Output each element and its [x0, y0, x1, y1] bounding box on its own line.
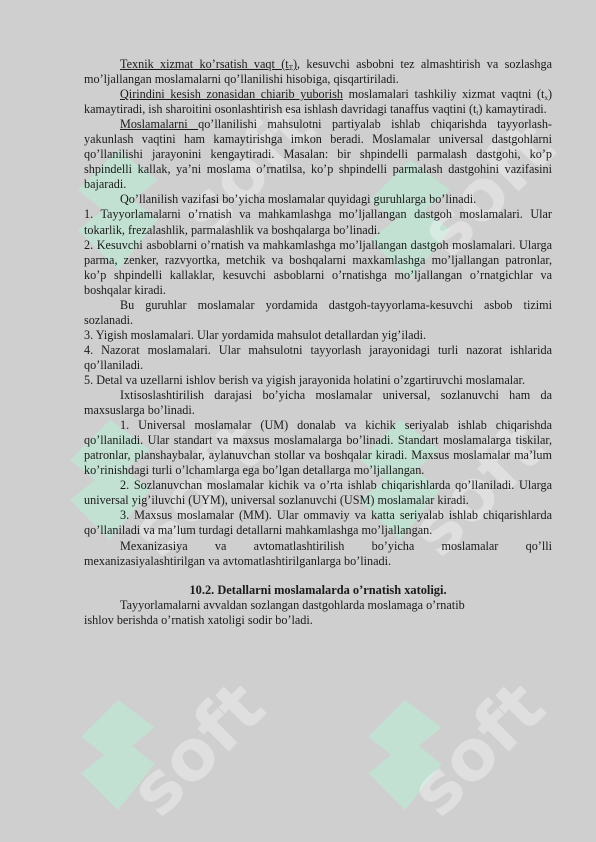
list-item-3: 3. Yigish moslamalari. Ular yordamida ma… — [84, 328, 552, 343]
watermark-logo-bottom-right — [365, 700, 445, 810]
list-item-4: 4. Nazorat moslamalari. Ular mahsulotni … — [84, 343, 552, 373]
list-item-1: 1. Tayyorlamalarni o’rnatish va mahkamla… — [84, 207, 552, 237]
svg-text:soft: soft — [120, 665, 281, 832]
paragraph-installation-error-line2: ishlov berishda o’rnatish xatoligi sodir… — [84, 613, 552, 628]
underlined-term: Texnik xizmat ko’rsatish vaqt (tT) — [120, 57, 297, 71]
section-heading: 10.2. Detallarni moslamalarda o’rnatish … — [84, 583, 552, 598]
watermark-logo-bottom-left — [78, 700, 158, 810]
paragraph-universal-fixtures: 1. Universal moslamalar (UM) donalab va … — [84, 418, 552, 478]
paragraph-fixtures-usage: Moslamalarni qo’llanilishi mahsulotni pa… — [84, 117, 552, 192]
watermark-text-bottom: soft soft — [120, 600, 590, 840]
list-item-2: 2. Kesuvchi asboblarni o’rnatish va mahk… — [84, 238, 552, 298]
paragraph-maintenance-time: Texnik xizmat ko’rsatish vaqt (tT), kesu… — [84, 57, 552, 87]
paragraph-installation-error-line1: Tayyorlamalarni avvaldan sozlangan dastg… — [84, 598, 552, 613]
list-item-5: 5. Detal va uzellarni ishlov berish va y… — [84, 373, 552, 388]
paragraph-specialization: Ixtisoslashtirilish darajasi bo’yicha mo… — [84, 388, 552, 418]
paragraph-text: ) kamaytiradi. — [478, 102, 546, 116]
document-page: Texnik xizmat ko’rsatish vaqt (tT), kesu… — [84, 57, 552, 628]
paragraph-adjustable-fixtures: 2. Sozlanuvchan moslamalar kichik va o’r… — [84, 478, 552, 508]
paragraph-text: moslamalari tashkiliy xizmat vaqtni (t — [343, 87, 545, 101]
term-text: Texnik xizmat ko’rsatish vaqt (t — [120, 57, 289, 71]
paragraph-mechanization: Mexanizasiya va avtomatlashtirilish bo’y… — [84, 539, 552, 569]
svg-text:soft: soft — [394, 665, 561, 832]
paragraph-special-fixtures: 3. Maxsus moslamalar (MM). Ular ommaviy … — [84, 508, 552, 538]
paragraph-system-setup: Bu guruhlar moslamalar yordamida dastgoh… — [84, 298, 552, 328]
underlined-term: Moslamalarni — [120, 117, 198, 131]
paragraph-groups-intro: Qo’llanilish vazifasi bo’yicha moslamala… — [84, 192, 552, 207]
underlined-term: Qirindini kesish zonasidan chiarib yubor… — [120, 87, 343, 101]
paragraph-chip-removal: Qirindini kesish zonasidan chiarib yubor… — [84, 87, 552, 117]
